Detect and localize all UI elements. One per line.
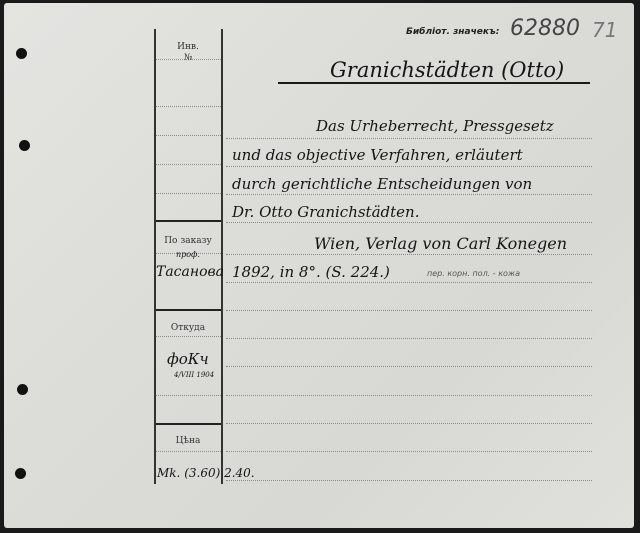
entry-rule [226,480,592,482]
entry-rule [226,254,592,256]
entry-rule [226,395,592,397]
section-divider [156,309,221,311]
entry-rule [226,194,592,196]
left-rule [156,395,221,397]
price-label: Цѣна [156,436,220,446]
source-value: фоКч [167,350,209,368]
entry-rule [226,451,592,453]
left-rule [156,193,221,195]
order-value: Тасанова [156,264,224,280]
title-line-4: Dr. Otto Granichstädten. [232,203,419,221]
left-rule [156,106,221,108]
punch-hole-2 [19,140,30,151]
date-line: 1892, in 8°. (S. 224.) [232,263,390,281]
entry-rule [226,310,592,312]
pencil-note: пер. корн. пол. - кожа [427,269,520,278]
title-line-1: Das Urheberrecht, Pressgesetz [316,117,554,135]
entry-rule [226,366,592,368]
price-value: Mk. (3.60) 2.40. [157,466,255,480]
entry-rule [226,423,592,425]
inventory-label: Инв. [156,42,220,52]
inventory-number-label: № [156,53,220,63]
entry-rule [226,138,592,140]
section-divider [156,423,221,425]
imprint-line: Wien, Verlag von Carl Konegen [314,234,567,253]
source-label: Откуда [156,323,220,333]
library-mark-value: 62880 [510,16,580,41]
entry-rule [226,166,592,168]
entry-rule [226,282,592,284]
entry-rule [226,338,592,340]
punch-hole-3 [17,384,28,395]
library-mark-suffix: 71 [592,18,617,42]
catalog-card: Инв. № По заказу проф. Тасанова Откуда ф… [4,3,634,528]
entry-rule [226,222,592,224]
author-underline [278,82,590,84]
title-line-3: durch gerichtliche Entscheidungen von [232,175,532,193]
section-divider [156,220,221,222]
source-date: 4/VIII 1904 [174,371,214,379]
punch-hole-4 [15,468,26,479]
left-rule [156,164,221,166]
library-mark-label: Библіот. значекъ: [406,27,499,37]
title-line-2: und das objective Verfahren, erläutert [232,146,523,164]
order-label: По заказу [156,236,220,246]
left-column-border-left [154,29,156,484]
order-note: проф. [176,250,200,259]
left-rule [156,451,221,453]
left-rule [156,336,221,338]
left-rule [156,135,221,137]
author-heading: Granichstädten (Otto) [330,58,564,82]
punch-hole-1 [16,48,27,59]
left-column-border-right [221,29,223,484]
